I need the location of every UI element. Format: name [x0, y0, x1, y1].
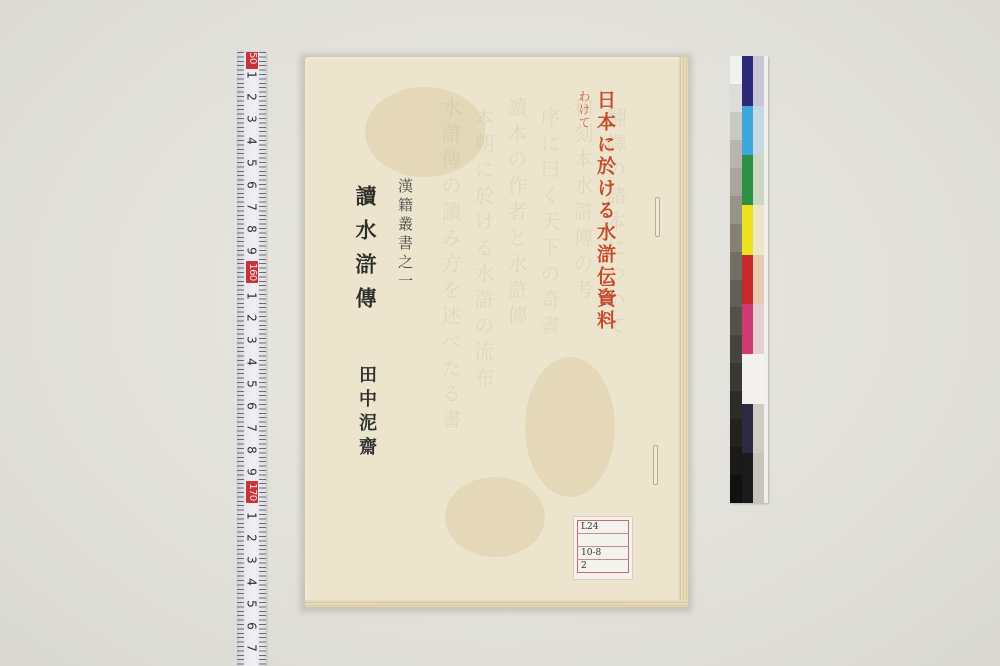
ruler-mark: 7: [246, 200, 258, 215]
gray-patch: [730, 252, 742, 280]
gray-patch: [730, 391, 742, 419]
gray-patch: [730, 196, 742, 224]
ruler-mark: 9: [246, 244, 258, 259]
ruler-mark: 7: [246, 641, 258, 656]
color-patch-column: [742, 56, 753, 503]
gray-patch: [730, 112, 742, 140]
gray-patch: [730, 419, 742, 447]
color-patch: [742, 205, 753, 255]
tint-patch: [753, 56, 764, 106]
red-annotation-volume: 二: [597, 281, 615, 299]
gray-patch: [730, 140, 742, 168]
red-annotation-side: わけて: [578, 90, 590, 129]
ruler-major-mark: 50: [246, 52, 258, 69]
binding-slit: [653, 445, 658, 485]
gray-patch: [730, 447, 742, 475]
gray-patch: [730, 335, 742, 363]
color-patch: [742, 404, 753, 454]
ruler-mark: 7: [246, 421, 258, 436]
ruler-mark: 3: [246, 112, 258, 127]
paper-stain: [525, 357, 615, 497]
color-patch: [742, 354, 753, 404]
gray-patch: [730, 56, 742, 84]
ruler-mark: 6: [246, 399, 258, 414]
color-patch: [742, 106, 753, 156]
ruler-mark: 3: [246, 333, 258, 348]
author-name: 田中泥齋: [357, 365, 375, 461]
ruler-major-mark: 170: [246, 481, 258, 503]
ruler-ticks-right: [259, 52, 266, 666]
tint-patch-column: [753, 56, 764, 503]
tint-patch: [753, 354, 764, 404]
ruler-mark: 5: [246, 156, 258, 171]
gray-patch: [730, 168, 742, 196]
gray-patch: [730, 363, 742, 391]
label-row-blank: [578, 534, 629, 547]
ruler-mark: 8: [246, 443, 258, 458]
color-patch: [742, 255, 753, 305]
gray-patch: [730, 475, 742, 503]
ruler-mark: 2: [246, 531, 258, 546]
book-title: 讀水滸傳: [355, 185, 376, 321]
ruler-mark: 4: [246, 575, 258, 590]
gray-patch: [730, 307, 742, 335]
ruler-mark: 6: [246, 178, 258, 193]
catalog-label-table: L24 10-8 2: [577, 520, 629, 573]
tint-patch: [753, 304, 764, 354]
tint-patch: [753, 404, 764, 454]
color-patch: [742, 304, 753, 354]
label-row-number: 10-8: [578, 547, 629, 560]
gray-scale-column: [730, 56, 742, 503]
paper-stain: [445, 477, 545, 557]
tint-patch: [753, 155, 764, 205]
tint-patch: [753, 453, 764, 503]
gray-patch: [730, 280, 742, 308]
binding-slit: [655, 197, 660, 237]
color-patch: [742, 453, 753, 503]
ruler-mark: 9: [246, 465, 258, 480]
color-patch: [742, 155, 753, 205]
label-row-copy: 2: [578, 560, 629, 573]
ruler-ticks-left: [237, 52, 244, 666]
page-edges-bottom: [305, 600, 688, 607]
ruler-mark: 4: [246, 355, 258, 370]
ruler-mark: 1: [246, 289, 258, 304]
page-edges-right: [678, 57, 688, 607]
color-patch: [742, 56, 753, 106]
gray-patch: [730, 84, 742, 112]
ruler-major-mark: 160: [246, 261, 258, 283]
tint-patch: [753, 205, 764, 255]
ruler-mark: 4: [246, 134, 258, 149]
ruler-mark: 1: [246, 68, 258, 83]
paper-stain: [365, 87, 485, 177]
ruler-mark: 5: [246, 377, 258, 392]
ghost-text-column: 讀本の作者と水滸傳: [506, 97, 526, 331]
color-checker-chart: [730, 56, 768, 503]
tint-patch: [753, 255, 764, 305]
ruler-mark: 1: [246, 509, 258, 524]
ruler-mark: 2: [246, 90, 258, 105]
series-name: 漢籍叢書之一: [397, 178, 412, 292]
gray-patch: [730, 224, 742, 252]
ruler-mark: 6: [246, 619, 258, 634]
ruler-mark: 8: [246, 222, 258, 237]
ruler-mark: 2: [246, 311, 258, 326]
ghost-text-column: 本朝に於ける水滸の流布: [473, 107, 493, 393]
ruler-mark: 5: [246, 597, 258, 612]
measuring-ruler: 501234567891601234567891701234567: [237, 52, 266, 666]
ruler-mark: 3: [246, 553, 258, 568]
tint-patch: [753, 106, 764, 156]
label-row-shelf: L24: [578, 521, 629, 534]
ghost-text-column: 水滸傳の讀み方を述べたる書: [440, 97, 460, 435]
ghost-text-column: 序に曰く天下の奇書: [539, 107, 559, 341]
catalog-label: L24 10-8 2: [573, 516, 633, 580]
